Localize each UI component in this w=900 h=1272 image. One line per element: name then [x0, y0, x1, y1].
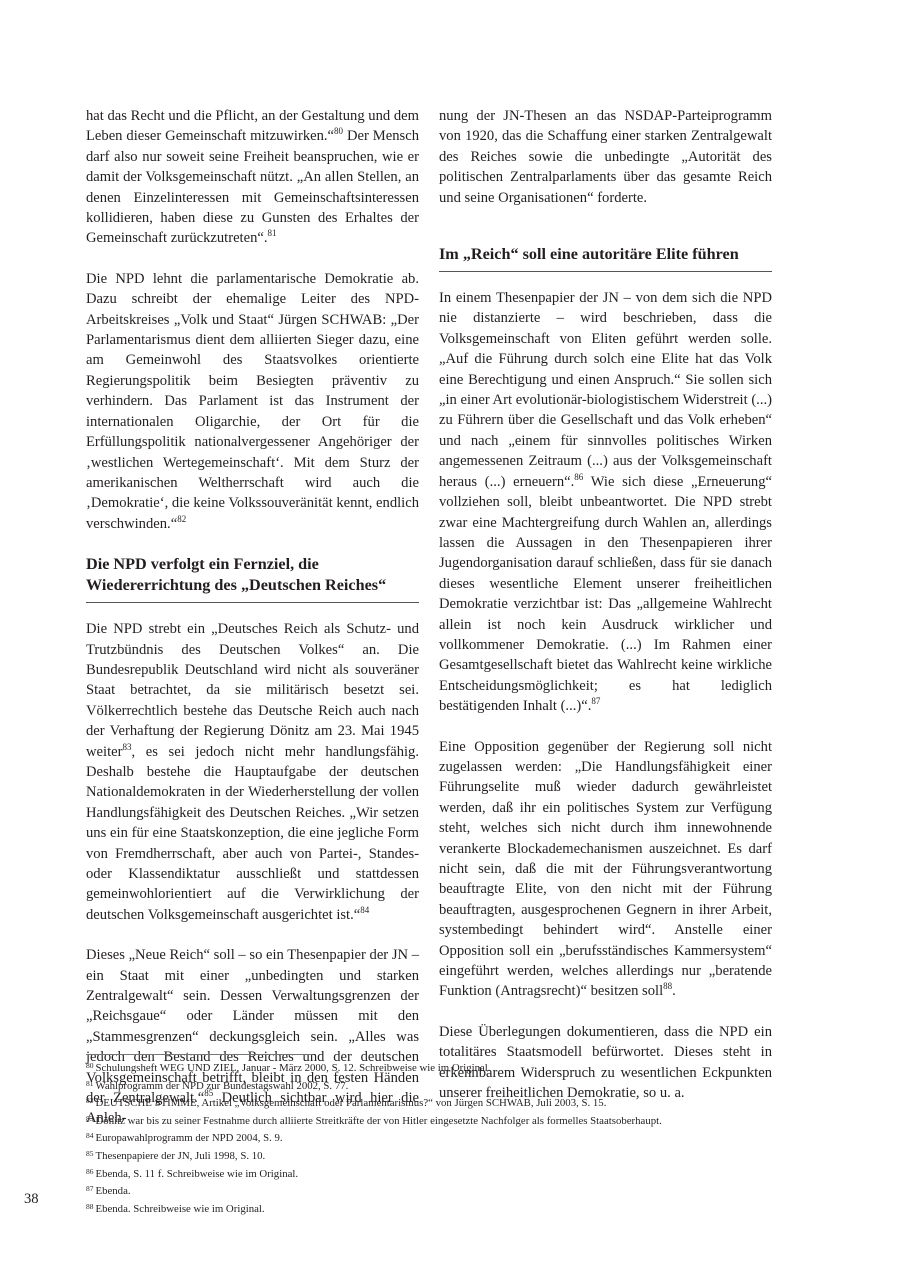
paragraph: hat das Recht und die Pflicht, an der Ge… [86, 106, 419, 249]
footnote-82: 82DEUTSCHE STIMME, Artikel „Volksgemeins… [86, 1095, 786, 1113]
paragraph-text: . [672, 983, 676, 999]
paragraph: Eine Opposition gegenüber der Regierung … [439, 737, 772, 1002]
footnote-text: Dönitz war bis zu seiner Festnahme durch… [96, 1115, 662, 1127]
footnote-ref[interactable]: 82 [177, 514, 186, 524]
footnote-text: Ebenda. [96, 1185, 131, 1197]
paragraph: In einem Thesenpapier der JN – von dem s… [439, 288, 772, 717]
paragraph-text: , es sei jedoch nicht mehr handlungsfähi… [86, 744, 419, 923]
paragraph-text: Die NPD strebt ein „Deutsches Reich als … [86, 621, 419, 759]
footnote-text: DEUTSCHE STIMME, Artikel „Volksgemeinsch… [96, 1097, 607, 1109]
footnote-ref[interactable]: 86 [574, 472, 583, 482]
footnote-85: 85Thesenpapiere der JN, Juli 1998, S. 10… [86, 1148, 786, 1166]
left-column: hat das Recht und die Pflicht, an der Ge… [86, 106, 419, 1149]
footnote-number: 83 [86, 1114, 94, 1123]
footnote-text: Europawahlprogramm der NPD 2004, S. 9. [96, 1132, 283, 1144]
footnote-number: 82 [86, 1096, 94, 1105]
paragraph-text: In einem Thesenpapier der JN – von dem s… [439, 290, 772, 490]
footnote-number: 81 [86, 1079, 94, 1088]
footnote-ref[interactable]: 84 [360, 905, 369, 915]
paragraph-text: nung der JN-Thesen an das NSDAP-Parteipr… [439, 108, 772, 206]
footnote-86: 86Ebenda, S. 11 f. Schreibweise wie im O… [86, 1166, 786, 1184]
footnote-number: 80 [86, 1061, 94, 1070]
footnote-80: 80Schulungsheft WEG UND ZIEL, Januar - M… [86, 1060, 786, 1078]
footnote-number: 88 [86, 1202, 94, 1211]
footnote-text: Wahlprogramm der NPD zur Bundestagswahl … [96, 1080, 349, 1092]
footnote-separator [86, 1054, 312, 1055]
footnote-number: 87 [86, 1184, 94, 1193]
section-heading: Im „Reich“ soll eine autoritäre Elite fü… [439, 244, 772, 272]
paragraph: Die NPD lehnt die parlamentarische Demok… [86, 269, 419, 534]
footnote-ref[interactable]: 81 [268, 229, 277, 239]
paragraph: nung der JN-Thesen an das NSDAP-Parteipr… [439, 106, 772, 208]
footnote-88: 88Ebenda. Schreibweise wie im Original. [86, 1201, 786, 1219]
paragraph-text: Der Mensch darf also nur soweit seine Fr… [86, 128, 419, 246]
right-column: nung der JN-Thesen an das NSDAP-Parteipr… [439, 106, 772, 1123]
paragraph-text: Eine Opposition gegenüber der Regierung … [439, 739, 772, 1000]
footnote-ref[interactable]: 80 [334, 127, 343, 137]
footnote-number: 86 [86, 1167, 94, 1176]
footnote-text: Ebenda. Schreibweise wie im Original. [96, 1203, 265, 1215]
footnote-84: 84Europawahlprogramm der NPD 2004, S. 9. [86, 1130, 786, 1148]
paragraph: Die NPD strebt ein „Deutsches Reich als … [86, 619, 419, 925]
footnote-text: Ebenda, S. 11 f. Schreibweise wie im Ori… [96, 1168, 299, 1180]
footnotes: 80Schulungsheft WEG UND ZIEL, Januar - M… [86, 1060, 786, 1218]
footnote-text: Thesenpapiere der JN, Juli 1998, S. 10. [96, 1150, 266, 1162]
footnote-ref[interactable]: 88 [663, 982, 672, 992]
page-number: 38 [24, 1191, 39, 1208]
footnote-text: Schulungsheft WEG UND ZIEL, Januar - Mär… [96, 1062, 491, 1074]
footnote-number: 84 [86, 1131, 94, 1140]
footnote-number: 85 [86, 1149, 94, 1158]
paragraph-text: Die NPD lehnt die parlamentarische Demok… [86, 271, 419, 532]
footnote-81: 81Wahlprogramm der NPD zur Bundestagswah… [86, 1078, 786, 1096]
section-heading: Die NPD verfolgt ein Fernziel, die Wiede… [86, 554, 419, 603]
paragraph-text: Wie sich diese „Erneuerung“ vollziehen s… [439, 474, 772, 714]
footnote-83: 83Dönitz war bis zu seiner Festnahme dur… [86, 1113, 786, 1131]
footnote-87: 87Ebenda. [86, 1183, 786, 1201]
footnote-ref[interactable]: 87 [591, 696, 600, 706]
